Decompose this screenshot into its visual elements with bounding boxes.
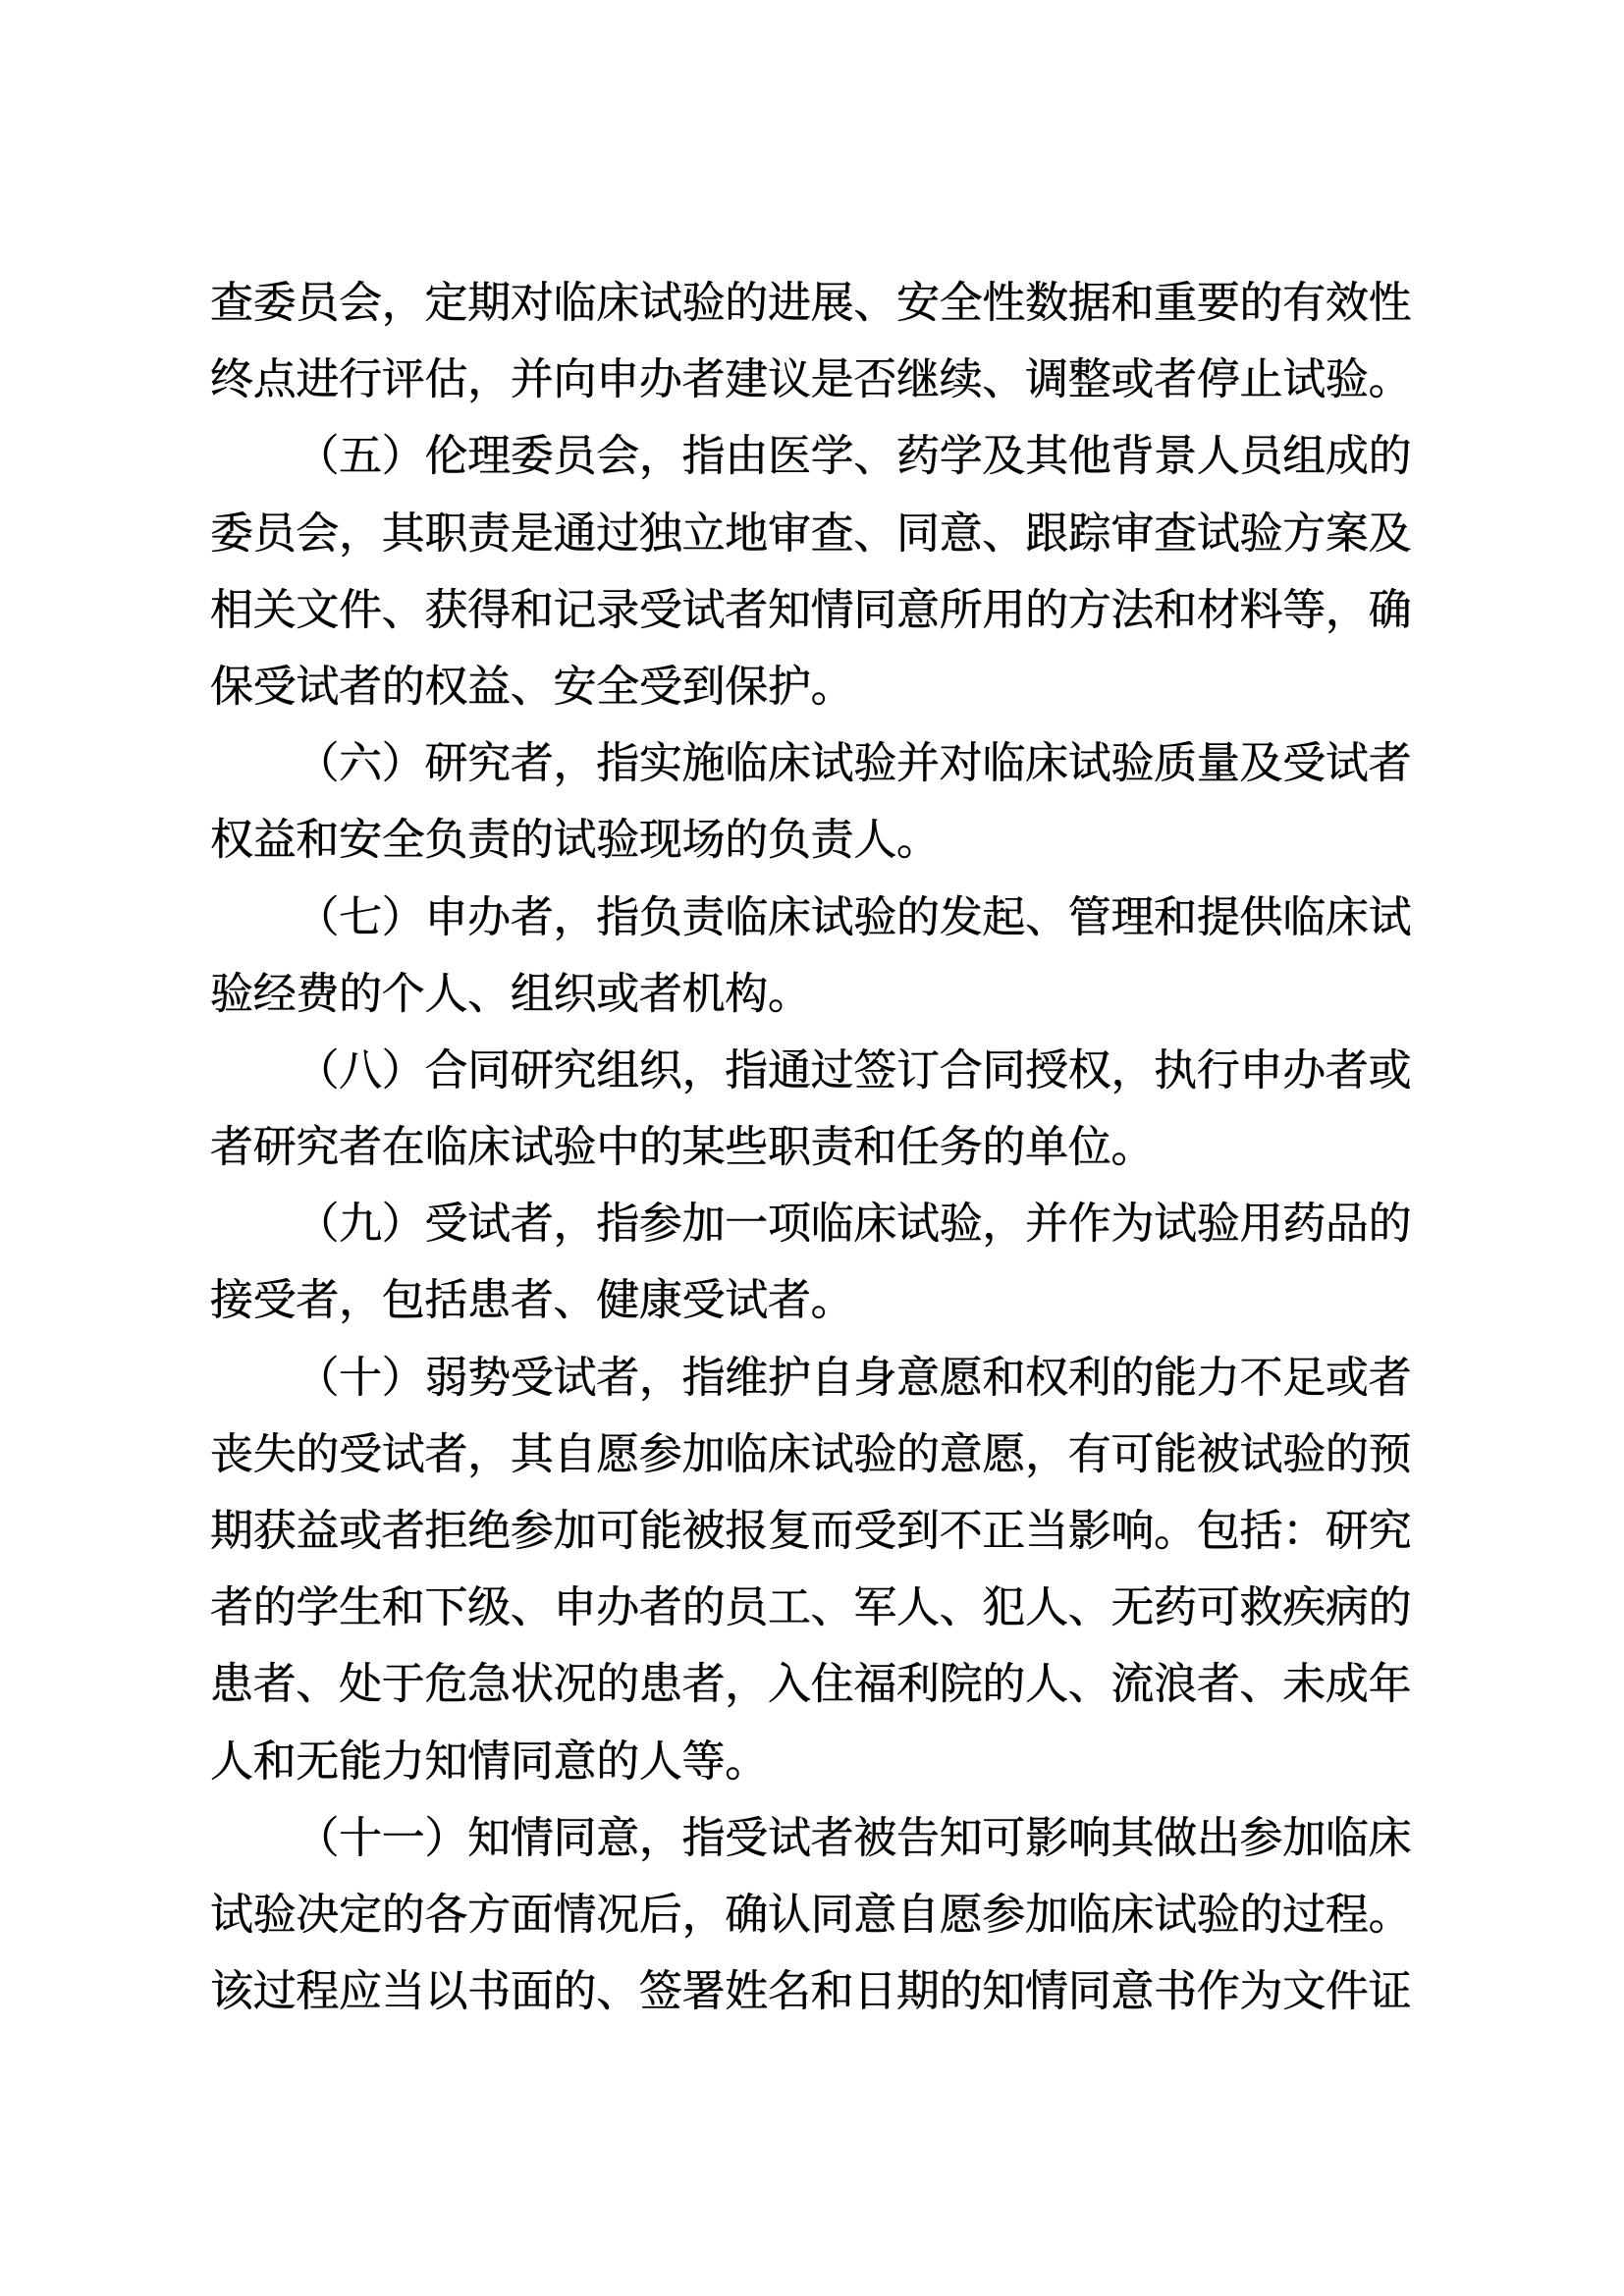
text-char: 者 [1369, 1340, 1412, 1416]
text-char: 能 [1154, 1340, 1197, 1416]
text-char: 独 [639, 496, 682, 572]
text-char: 绝 [467, 1493, 511, 1570]
text-char: 或 [596, 956, 639, 1033]
text-char: 方 [467, 1877, 511, 1953]
text-char: 踪 [1068, 496, 1111, 572]
text-char: 者 [210, 1570, 253, 1646]
text-char: 整 [1068, 342, 1111, 418]
text-char: 究 [554, 1033, 597, 1109]
text-char: 应 [339, 1953, 382, 2030]
text-char: 、 [554, 1262, 597, 1339]
text-char: 试 [725, 1262, 768, 1339]
text-char: 。 [1110, 1109, 1154, 1186]
text-char: 的 [1025, 572, 1068, 649]
text-char: 获 [424, 572, 467, 649]
text-line: 者的学生和下级、申办者的员工、军人、犯人、无药可救疾病的 [210, 1570, 1412, 1646]
text-char: 床 [1110, 1877, 1154, 1953]
text-char: 的 [1110, 1340, 1154, 1416]
text-char: 试 [1154, 1877, 1197, 1953]
text-char: 军 [853, 1570, 896, 1646]
text-char: 愿 [596, 1416, 639, 1493]
text-char: ， [982, 1186, 1025, 1262]
text-char: 停 [1197, 342, 1240, 418]
text-char: 签 [639, 1953, 682, 2030]
text-char: 验 [596, 802, 639, 879]
text-line: （六）研究者，指实施临床试验并对临床试验质量及受试者 [210, 725, 1412, 802]
text-char: 合 [424, 1033, 467, 1109]
text-char: 验 [1326, 342, 1369, 418]
text-char: 和 [853, 1109, 896, 1186]
text-char: 所 [940, 572, 983, 649]
text-line: （九）受试者，指参加一项临床试验，并作为试验用药品的 [210, 1186, 1412, 1262]
text-char: 和 [1154, 572, 1197, 649]
text-char: 办 [639, 342, 682, 418]
text-char: 同 [467, 1033, 511, 1109]
text-char: 记 [554, 572, 597, 649]
text-char: 工 [768, 1570, 811, 1646]
text-char: ， [1326, 572, 1369, 649]
text-char: 的 [1240, 265, 1283, 342]
text-char: 该 [210, 1953, 253, 2030]
text-char: 查 [1154, 496, 1197, 572]
text-char: 受 [639, 649, 682, 725]
text-char: 者 [682, 342, 726, 418]
text-char: 自 [896, 1877, 940, 1953]
text-char: 健 [596, 1262, 639, 1339]
text-char: ， [339, 1262, 382, 1339]
text-char: 重 [1154, 265, 1197, 342]
text-char: 影 [1025, 1800, 1068, 1877]
text-char: 意 [896, 1340, 940, 1416]
text-char: 性 [1369, 265, 1412, 342]
text-char: 个 [382, 956, 425, 1033]
text-char: 病 [1326, 1570, 1369, 1646]
text-char: 料 [1240, 572, 1283, 649]
text-char: 参 [639, 1186, 682, 1262]
text-char: 试 [896, 1186, 940, 1262]
text-char: 是 [811, 342, 854, 418]
text-char: 情 [467, 1724, 511, 1800]
text-line: （七）申办者，指负责临床试验的发起、管理和提供临床试 [210, 880, 1412, 956]
text-line: （五）伦理委员会，指由医学、药学及其他背景人员组成的 [210, 418, 1412, 495]
text-char: 指 [682, 1340, 726, 1416]
text-line: 保受试者的权益、安全受到保护。 [210, 649, 1412, 725]
text-line: 查委员会，定期对临床试验的进展、安全性数据和重要的有效性 [210, 265, 1412, 342]
text-char: 和 [811, 1953, 854, 2030]
text-char: 响 [1110, 1493, 1154, 1570]
text-char: 性 [982, 265, 1025, 342]
text-char: 的 [1369, 1186, 1412, 1262]
text-char: ） [382, 1033, 425, 1109]
text-char: 理 [467, 418, 511, 495]
text-char: ， [467, 342, 511, 418]
text-char: 同 [511, 1724, 554, 1800]
text-char: 中 [596, 1109, 639, 1186]
text-char: 否 [853, 342, 896, 418]
text-char: 权 [210, 802, 253, 879]
text-line: 丧失的受试者，其自愿参加临床试验的意愿，有可能被试验的预 [210, 1416, 1412, 1493]
text-char: 者 [639, 956, 682, 1033]
text-char: 管 [1068, 880, 1111, 956]
text-char: 会 [339, 265, 382, 342]
text-char: 究 [1369, 1493, 1412, 1570]
text-char: 方 [1282, 496, 1326, 572]
text-char: 指 [596, 880, 639, 956]
text-char: 弱 [424, 1340, 467, 1416]
text-char: 接 [210, 1262, 253, 1339]
text-char: 到 [896, 1493, 940, 1570]
text-char: 的 [982, 1646, 1025, 1723]
text-char: 订 [896, 1033, 940, 1109]
text-char: 床 [768, 725, 811, 802]
text-char: 验 [682, 265, 726, 342]
text-char: 的 [339, 956, 382, 1033]
text-char: 同 [853, 572, 896, 649]
text-char: 丧 [210, 1416, 253, 1493]
text-char: 职 [768, 1109, 811, 1186]
text-char: 地 [725, 496, 768, 572]
text-line: 期获益或者拒绝参加可能被报复而受到不正当影响。包括：研究 [210, 1493, 1412, 1570]
text-char: 办 [1282, 1033, 1326, 1109]
text-char: 期 [210, 1493, 253, 1570]
text-char: 知 [467, 1800, 511, 1877]
text-char: 确 [725, 1877, 768, 1953]
text-char: 量 [1197, 725, 1240, 802]
text-char: 床 [1369, 1800, 1412, 1877]
text-char: 作 [1197, 1953, 1240, 2030]
text-char: 作 [1068, 1186, 1111, 1262]
text-char: 要 [1197, 265, 1240, 342]
text-char: 、 [596, 1953, 639, 2030]
text-char: 同 [896, 496, 940, 572]
text-char: 等 [682, 1724, 726, 1800]
text-char: 、 [511, 649, 554, 725]
text-char: 加 [554, 1493, 597, 1570]
text-char: 成 [1326, 418, 1369, 495]
text-char: 对 [940, 725, 983, 802]
text-char: 试 [210, 1877, 253, 1953]
text-char: 试 [811, 880, 854, 956]
text-char: 名 [768, 1953, 811, 2030]
text-char: 过 [811, 1033, 854, 1109]
text-char: 患 [210, 1646, 253, 1723]
text-char: 织 [554, 956, 597, 1033]
text-char: 试 [1369, 880, 1412, 956]
text-char: 并 [896, 725, 940, 802]
text-char: 查 [811, 496, 854, 572]
text-char: 员 [554, 418, 597, 495]
text-char: 权 [424, 649, 467, 725]
text-char: 况 [554, 1646, 597, 1723]
text-char: ） [382, 880, 425, 956]
text-char: 、 [853, 418, 896, 495]
text-char: 的 [982, 1109, 1025, 1186]
text-char: 效 [1326, 265, 1369, 342]
text-char: 人 [210, 1724, 253, 1800]
text-char: 安 [896, 265, 940, 342]
text-char: 合 [940, 1033, 983, 1109]
text-char: 者 [768, 1262, 811, 1339]
text-char: 案 [1326, 496, 1369, 572]
text-char: 者 [382, 1493, 425, 1570]
text-char: 受 [1282, 725, 1326, 802]
text-char: 材 [1197, 572, 1240, 649]
text-char: 情 [554, 1877, 597, 1953]
text-char: 受 [725, 1800, 768, 1877]
text-line: 权益和安全负责的试验现场的负责人。 [210, 802, 1412, 879]
text-char: 责 [682, 880, 726, 956]
text-char: ， [467, 1416, 511, 1493]
text-char: 他 [1068, 418, 1111, 495]
text-char: 或 [1326, 1340, 1369, 1416]
text-char: 参 [1240, 1800, 1283, 1877]
text-char: 愿 [982, 1416, 1025, 1493]
text-line: （十一）知情同意，指受试者被告知可影响其做出参加临床 [210, 1800, 1412, 1877]
text-line: 接受者，包括患者、健康受试者。 [210, 1262, 1412, 1339]
text-char: 疾 [1282, 1570, 1326, 1646]
text-char: 组 [511, 956, 554, 1033]
text-char: 身 [853, 1340, 896, 1416]
text-char: 安 [339, 802, 382, 879]
text-char: 的 [596, 1646, 639, 1723]
text-char: 验 [1197, 1877, 1240, 1953]
text-char: 者 [511, 725, 554, 802]
text-char: 护 [768, 649, 811, 725]
text-char: 等 [1282, 572, 1326, 649]
text-char: 复 [768, 1493, 811, 1570]
text-char: 浪 [1154, 1646, 1197, 1723]
text-char: 预 [1369, 1416, 1412, 1493]
text-char: 康 [639, 1262, 682, 1339]
text-line: 该过程应当以书面的、签署姓名和日期的知情同意书作为文件证 [210, 1953, 1412, 2030]
text-char: 委 [511, 418, 554, 495]
text-char: 生 [339, 1570, 382, 1646]
text-char: 以 [424, 1953, 467, 2030]
text-char: 、 [1240, 1646, 1283, 1723]
text-char: 临 [554, 265, 597, 342]
text-char: 力 [382, 1724, 425, 1800]
text-char: 责 [467, 802, 511, 879]
text-char: 方 [1068, 572, 1111, 649]
text-char: 和 [382, 1570, 425, 1646]
text-char: 者 [1197, 1646, 1240, 1723]
text-char: （ [296, 1186, 339, 1262]
text-char: 文 [296, 572, 339, 649]
text-char: 申 [424, 880, 467, 956]
text-char: 和 [1154, 880, 1197, 956]
text-char: 究 [296, 1109, 339, 1186]
text-char: ： [1282, 1493, 1326, 1570]
text-line: 人和无能力知情同意的人等。 [210, 1724, 1412, 1800]
text-char: 参 [511, 1493, 554, 1570]
text-char: 据 [1068, 265, 1111, 342]
text-char: 的 [896, 1416, 940, 1493]
text-char: 意 [1110, 1953, 1154, 2030]
text-char: 估 [424, 342, 467, 418]
text-char: 或 [339, 1493, 382, 1570]
text-char: 未 [1282, 1646, 1326, 1723]
text-char: 者 [253, 1646, 297, 1723]
text-char: 验 [853, 880, 896, 956]
text-char: 建 [725, 342, 768, 418]
text-char: 药 [1282, 1186, 1326, 1262]
text-char: 能 [1154, 1416, 1197, 1493]
text-char: 十 [339, 1800, 382, 1877]
text-char: 些 [725, 1109, 768, 1186]
text-char: 受 [682, 1262, 726, 1339]
text-char: 参 [639, 1416, 682, 1493]
text-char: 益 [467, 649, 511, 725]
text-char: 知 [940, 1800, 983, 1877]
text-char: 的 [382, 649, 425, 725]
text-char: 试 [1326, 725, 1369, 802]
text-char: 数 [1025, 265, 1068, 342]
text-char: 学 [296, 1570, 339, 1646]
text-char: 自 [554, 1416, 597, 1493]
text-char: 立 [682, 496, 726, 572]
text-char: 受 [424, 1186, 467, 1262]
text-char: 指 [682, 418, 726, 495]
text-char: 加 [1025, 1877, 1068, 1953]
text-char: 会 [296, 496, 339, 572]
text-char: 者 [511, 880, 554, 956]
text-char: 或 [1110, 342, 1154, 418]
text-char: 试 [768, 1800, 811, 1877]
text-char: 及 [982, 418, 1025, 495]
text-char: ， [682, 1033, 726, 1109]
text-char: 级 [467, 1570, 511, 1646]
text-char: 究 [467, 725, 511, 802]
text-char: 可 [596, 1493, 639, 1570]
text-char: 向 [554, 342, 597, 418]
text-char: 危 [424, 1646, 467, 1723]
text-char: 福 [853, 1646, 896, 1723]
text-char: 试 [1197, 496, 1240, 572]
text-char: 拒 [424, 1493, 467, 1570]
text-char: 试 [811, 725, 854, 802]
text-char: 场 [682, 802, 726, 879]
text-char: 各 [424, 1877, 467, 1953]
text-char: 、 [982, 496, 1025, 572]
text-char: 法 [1110, 572, 1154, 649]
text-char: 程 [296, 1953, 339, 2030]
text-char: 者 [339, 649, 382, 725]
text-char: 维 [725, 1340, 768, 1416]
text-char: 录 [596, 572, 639, 649]
text-char: 验 [253, 1877, 297, 1953]
text-char: 继 [896, 342, 940, 418]
text-char: 和 [1110, 265, 1154, 342]
text-char: 知 [768, 572, 811, 649]
text-char: 情 [1025, 1953, 1068, 2030]
text-char: 愿 [940, 1340, 983, 1416]
text-char: 有 [1282, 265, 1326, 342]
text-char: 理 [1110, 880, 1154, 956]
text-char: 的 [1369, 418, 1412, 495]
text-char: 全 [382, 802, 425, 879]
text-char: 临 [982, 725, 1025, 802]
text-char: 员 [296, 265, 339, 342]
text-char: 权 [1025, 1340, 1068, 1416]
text-char: 为 [1240, 1953, 1283, 2030]
text-char: 为 [1110, 1186, 1154, 1262]
text-char: 续 [940, 342, 983, 418]
text-char: 受 [339, 1416, 382, 1493]
text-char: 知 [424, 1724, 467, 1800]
text-char: ， [682, 1877, 726, 1953]
text-char: 研 [424, 725, 467, 802]
text-char: 经 [253, 956, 297, 1033]
text-char: 急 [467, 1646, 511, 1723]
text-char: 床 [768, 880, 811, 956]
text-char: 者 [725, 572, 768, 649]
text-char: 的 [1240, 1877, 1283, 1953]
text-char: 期 [467, 265, 511, 342]
text-char: ， [1025, 1416, 1068, 1493]
text-char: 五 [339, 418, 382, 495]
text-char: 办 [467, 880, 511, 956]
text-char: 响 [1068, 1800, 1111, 1877]
text-char: 加 [682, 1416, 726, 1493]
text-char: 同 [1068, 1953, 1111, 2030]
text-char: 确 [1369, 572, 1412, 649]
text-char: 签 [853, 1033, 896, 1109]
text-char: 括 [424, 1262, 467, 1339]
text-char: 临 [1326, 1800, 1369, 1877]
text-char: 的 [511, 802, 554, 879]
text-char: 括 [1240, 1493, 1283, 1570]
text-char: 者 [811, 1800, 854, 1877]
text-char: 住 [811, 1646, 854, 1723]
text-char: 、 [1068, 1570, 1111, 1646]
text-char: 临 [1282, 880, 1326, 956]
text-char: 者 [639, 1570, 682, 1646]
text-char: （ [296, 418, 339, 495]
text-char: ） [382, 725, 425, 802]
text-char: 不 [940, 1493, 983, 1570]
text-char: 任 [896, 1109, 940, 1186]
text-char: 验 [1197, 1186, 1240, 1262]
text-char: 床 [1326, 880, 1369, 956]
text-char: 书 [467, 1953, 511, 2030]
text-char: 试 [639, 265, 682, 342]
text-char: 试 [1068, 725, 1111, 802]
text-char: 期 [896, 1953, 940, 2030]
text-char: 九 [339, 1186, 382, 1262]
text-char: 得 [467, 572, 511, 649]
text-char: 患 [639, 1646, 682, 1723]
text-char: 相 [210, 572, 253, 649]
document-page: 查委员会，定期对临床试验的进展、安全性数据和重要的有效性终点进行评估，并向申办者… [0, 0, 1624, 2296]
text-char: 的 [725, 802, 768, 879]
text-char: （ [296, 725, 339, 802]
text-char: 全 [596, 649, 639, 725]
text-char: 患 [467, 1262, 511, 1339]
text-char: 决 [296, 1877, 339, 1953]
text-char: 验 [940, 1186, 983, 1262]
text-char: 试 [554, 1340, 597, 1416]
text-char: 试 [382, 1416, 425, 1493]
text-char: 正 [982, 1493, 1025, 1570]
text-char: 人 [1197, 418, 1240, 495]
text-char: 由 [725, 418, 768, 495]
text-char: 构 [725, 956, 768, 1033]
text-char: 人 [896, 1570, 940, 1646]
text-char: 十 [339, 1340, 382, 1416]
text-char: 者 [682, 1646, 726, 1723]
text-char: 施 [682, 725, 726, 802]
text-char: 受 [853, 1493, 896, 1570]
